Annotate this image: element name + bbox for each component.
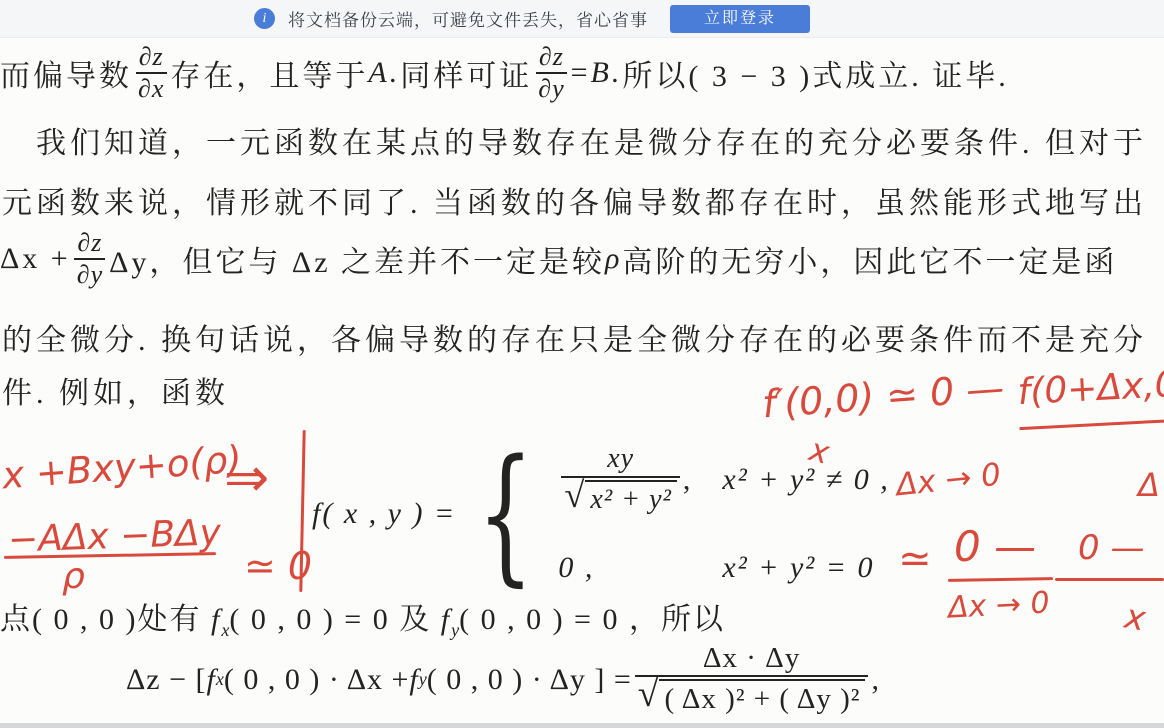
math-token: ( 0 , 0 ) · Δy ] =: [427, 663, 632, 697]
math-token: f: [441, 603, 451, 636]
info-icon: i: [254, 8, 275, 29]
text-token: 同样可证: [400, 51, 532, 95]
fraction-numerator: ∂z: [136, 42, 167, 74]
piecewise-grid: xy √x² + y² , x² + y² ≠ 0 , 0 , x² + y² …: [558, 443, 889, 585]
math-token: f: [312, 497, 322, 531]
fraction-denominator: ∂x: [135, 74, 167, 103]
text-token: ( 0 , 0 ) = 0 ，所以: [459, 603, 725, 636]
annotation-limit-1: Δx → 0: [894, 457, 1002, 504]
annotation-far-right-bar: [1055, 578, 1164, 581]
radicand: ( Δx )² + ( Δy )²: [659, 679, 865, 715]
math-token: Δz − [: [126, 663, 207, 697]
banner-message: 将文档备份云端，可避免文件丢失，省心省事: [288, 6, 648, 31]
annotation-implies-arrow: ⇒: [224, 446, 269, 509]
math-token: B.: [591, 56, 623, 90]
annotation-limit-2: Δx → 0: [947, 585, 1050, 625]
math-token: ( x , y ) =: [322, 497, 456, 531]
text-token: =: [571, 56, 591, 90]
doc-line-4: Δx + ∂z∂yΔy，但它与 Δz 之差并不一定是较 ρ 高阶的无穷小，因此它…: [0, 228, 1117, 289]
fraction-denominator: √( Δx )² + ( Δy )²: [635, 675, 869, 717]
subscript: x: [216, 669, 224, 690]
banner-content: i 将文档备份云端，可避免文件丢失，省心省事 立即登录: [254, 5, 810, 33]
sqrt-expression: √( Δx )² + ( Δy )²: [638, 679, 866, 717]
fraction-numerator: ∂z: [536, 42, 567, 74]
math-token: f: [409, 663, 418, 697]
annotation-f-delta-x: f(0+Δx,0: [1017, 364, 1164, 430]
fraction-dxdy-over-sqrt: Δx · Δy √( Δx )² + ( Δy )²: [635, 642, 869, 717]
info-icon-glyph: i: [263, 11, 267, 27]
annotation-fraction-denominator: ρ: [62, 556, 85, 597]
annotation-far-right-x: x: [1122, 597, 1149, 640]
fraction-dz-dx: ∂z∂x: [135, 42, 167, 103]
fraction-xy-over-sqrt: xy √x² + y²: [561, 443, 680, 517]
annotation-approx-sign: ≃: [898, 536, 932, 582]
subscript: y: [419, 669, 427, 690]
text-token: 而偏导数: [0, 51, 132, 95]
math-token: ( 0 , 0 ) · Δx +: [224, 663, 410, 697]
math-token: ρ: [605, 242, 622, 276]
piecewise-value-1: xy √x² + y² ,: [558, 443, 692, 517]
doc-line-1: 而偏导数∂z∂x存在，且等于 A. 同样可证∂z∂y = B. 所以( 3 − …: [0, 42, 1009, 103]
fraction-dz-dy: ∂z∂y: [74, 228, 106, 289]
radical-sign: √: [564, 477, 585, 513]
text-token: ( 0 , 0 ) = 0 及: [229, 603, 440, 636]
fraction-numerator: ∂z: [74, 228, 105, 260]
doc-line-2: 我们知道，一元函数在某点的导数存在是微分存在的充分必要条件. 但对于: [36, 118, 1147, 162]
math-token: Δx +: [0, 242, 71, 276]
math-token: f: [211, 603, 221, 636]
fraction-denominator: ∂y: [74, 260, 106, 289]
text-token: ,: [683, 463, 693, 497]
login-button[interactable]: 立即登录: [670, 5, 810, 33]
annotation-far-right-zero: 0 —: [1078, 528, 1144, 568]
fraction-denominator: ∂y: [535, 74, 567, 103]
text-token: 高阶的无穷小，因此它不一定是函: [622, 237, 1117, 281]
fraction-numerator: xy: [604, 443, 637, 475]
text-token: 存在，且等于: [170, 51, 368, 95]
piecewise-condition-1: x² + y² ≠ 0 ,: [722, 463, 889, 497]
text-token: ,: [871, 663, 880, 697]
piecewise-condition-2: x² + y² = 0: [722, 551, 889, 585]
math-token: f: [207, 663, 216, 697]
page-bottom-edge: [0, 723, 1164, 728]
annotation-delta-partial: Δ: [1138, 466, 1160, 504]
doc-line-6: 件. 例如，函数: [2, 368, 229, 412]
annotation-f-prime-zero: f′(0,0) ≃ 0 —: [761, 366, 1006, 427]
text-token: Δy，但它与 Δz 之差并不一定是较: [109, 237, 605, 281]
doc-line-5: 的全微分. 换句话说，各偏导数的存在只是全微分存在的必要条件而不是充分: [2, 315, 1147, 359]
radical-sign: √: [638, 676, 660, 714]
document-page: 而偏导数∂z∂x存在，且等于 A. 同样可证∂z∂y = B. 所以( 3 − …: [0, 38, 1164, 728]
annotation-left-expression: x +Bxy+o(ρ): [1, 438, 243, 498]
piecewise-brace: {: [477, 444, 535, 585]
fraction-denominator: √x² + y²: [561, 476, 680, 517]
sqrt-expression: √x² + y²: [564, 480, 677, 516]
annotation-limit-bar: [948, 577, 1053, 582]
radicand: x² + y²: [585, 480, 677, 515]
displayed-formula: Δz − [ fx( 0 , 0 ) · Δx + fy( 0 , 0 ) · …: [126, 642, 880, 717]
doc-line-3: 元函数来说，情形就不同了. 当函数的各偏导数都存在时，虽然能形式地写出: [2, 178, 1147, 222]
text-token: 点( 0 , 0 )处有: [0, 603, 211, 636]
piecewise-value-2: 0 ,: [558, 551, 692, 585]
subscript: y: [451, 620, 459, 640]
doc-line-8: 点( 0 , 0 )处有 fx( 0 , 0 ) = 0 及 fy( 0 , 0…: [0, 594, 725, 641]
cloud-backup-banner: i 将文档备份云端，可避免文件丢失，省心省事 立即登录: [0, 0, 1164, 38]
piecewise-definition: f( x , y ) = { xy √x² + y² , x² + y² ≠ 0…: [312, 428, 890, 600]
text-token: 所以( 3 − 3 )式成立. 证毕.: [622, 51, 1008, 95]
fraction-dz-dy: ∂z∂y: [535, 42, 567, 103]
math-token: A.: [368, 56, 400, 90]
annotation-zero-numerator: 0 —: [954, 522, 1036, 571]
fraction-numerator: Δx · Δy: [700, 642, 803, 675]
